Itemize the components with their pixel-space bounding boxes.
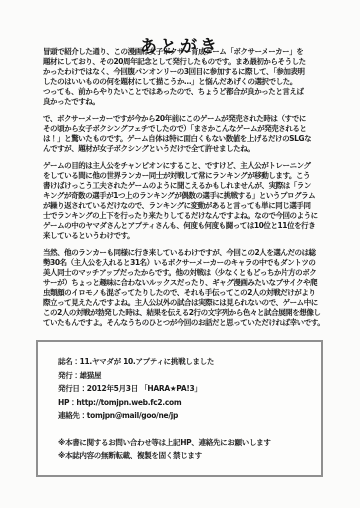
colophon-content: 誌名：11.ヤマダが 10.アプティに挑戦しました 発行：雄猫屋 発行日：201… <box>38 342 321 463</box>
text-line: 冒頭で紹介した通り、この漫画は女子ボクサー育成ゲーム「ボクサーメーカー」を <box>43 47 313 57</box>
text-line: この2人の対戦が勃発した時は、結果を伝える2行の文字列から色々と試合展開を想像し <box>43 308 313 318</box>
text-line: 勢30名（主人公を入れると31名）いるボクサーメーカーのキャラの中でもダントツの <box>43 258 313 268</box>
text-line: 美人同士のマッチアップだったからです。他の対戦は（少なくともどっちか片方のボク <box>43 268 313 278</box>
afterword-page: { "afterword": { "title": "あとがき", "parag… <box>0 0 360 508</box>
text-line: キングが奇数の選手が1つ上のランキングが偶数の選手に挑戦する」というプログラム <box>43 191 313 201</box>
colophon-title-line: 誌名：11.ヤマダが 10.アプティに挑戦しました <box>58 355 321 369</box>
colophon-homepage-line: HP：http://tomjpn.web.fc2.com <box>58 396 321 410</box>
text-line: 士でランキングの上下を行ったり来たりしてるだけなんですよね。なので今回のように <box>43 211 313 221</box>
text-line: つっても、前からやりたいことではあったので、ちょうど都合が良かったと言えば <box>43 87 313 97</box>
colophon-box: 誌名：11.ヤマダが 10.アプティに挑戦しました 発行：雄猫屋 発行日：201… <box>36 340 323 477</box>
text-line: 虫類顔のイロモノも混ざってたりしたので、それも手伝ってこの2人の対戦だけがより <box>43 288 313 298</box>
text-line: をしている間に他の世界ランカー同士が対戦して常にランキングが移動します。こう <box>43 171 313 181</box>
text-line: は！」と驚いたものです。ゲーム自体は特に面白くもない数値を上げるだけのSLGな <box>43 134 313 144</box>
text-line: ゲームの目的は主人公をチャンピオンにすること、ですけど、主人公がトレーニング <box>43 161 313 171</box>
colophon-note: ※本書に関するお問い合わせ等は上記HP、連絡先にお願いします <box>58 436 321 450</box>
colophon-notes: ※本書に関するお問い合わせ等は上記HP、連絡先にお願いします ※本誌内容の無断転… <box>58 436 321 463</box>
text-line: その頃から女子ボクシングフェチでしたので）「まさかこんなゲームが発売されると <box>43 124 313 134</box>
text-line: 良かったですね。 <box>43 97 313 107</box>
text-line: 来しているというわけです。 <box>43 231 313 241</box>
text-line: したのはいいものの何を題材にして描こうか…」と悩んだあげくの選択でした。 <box>43 77 313 87</box>
text-line: が繰り返されているだけなので、ランキングに変動があると言っても単に同じ選手同 <box>43 201 313 211</box>
text-line: 際立って見えたんですよね。主人公以外の試合は実際には見られないので、ゲーム中に <box>43 298 313 308</box>
colophon-publisher-line: 発行：雄猫屋 <box>58 369 321 383</box>
text-line: で、ボクサーメーカーですが今から20年前にこのゲームが発売された時は（すでに <box>43 114 313 124</box>
text-line: ゲームの中のヤマダさんとアプティさんも、何度も何度も闘っては10位と11位を行き <box>43 221 313 231</box>
afterword-body: 冒頭で紹介した通り、この漫画は女子ボクサー育成ゲーム「ボクサーメーカー」を 題材… <box>43 47 313 335</box>
paragraph-4: 当然、他のランカーも同様に行き来しているわけですが、今回この2人を選んだのは総 … <box>43 248 313 328</box>
paragraph-3: ゲームの目的は主人公をチャンピオンにすること、ですけど、主人公がトレーニング を… <box>43 161 313 241</box>
text-line: 当然、他のランカーも同様に行き来しているわけですが、今回この2人を選んだのは総 <box>43 248 313 258</box>
colophon-note: ※本誌内容の無断転載、複製を固く禁じます <box>58 449 321 463</box>
paragraph-2: で、ボクサーメーカーですが今から20年前にこのゲームが発売された時は（すでに そ… <box>43 114 313 154</box>
text-line: 書けばけっこう工夫されたゲームのように聞こえるかもしれませんが、実際は「ラン <box>43 181 313 191</box>
text-line: んですが、題材が女子ボクシングというだけで全て許せましたね。 <box>43 144 313 154</box>
colophon-contact-line: 連絡先：tomjpn@mail/goo/ne/jp <box>58 409 321 423</box>
text-line: サーが）ちょっと趣味に合わないルックスだったり、ギャグ漫画みたいなブサイクや爬 <box>43 278 313 288</box>
text-line: 題材にしており、その20周年記念として発行したものです。まあ最初からそうした <box>43 57 313 67</box>
text-line: ていたもんですよ。そんなうちのひとつが今回のお話だと思っていただければ幸いです。 <box>43 318 313 328</box>
colophon-date-line: 発行日：2012年5月3日 「HARA★PA!3」 <box>58 382 321 396</box>
paragraph-1: 冒頭で紹介した通り、この漫画は女子ボクサー育成ゲーム「ボクサーメーカー」を 題材… <box>43 47 313 107</box>
text-line: かったわけではなく、今回腹パンオンリーの3回目に参加するに際して、「参加表明 <box>43 67 313 77</box>
